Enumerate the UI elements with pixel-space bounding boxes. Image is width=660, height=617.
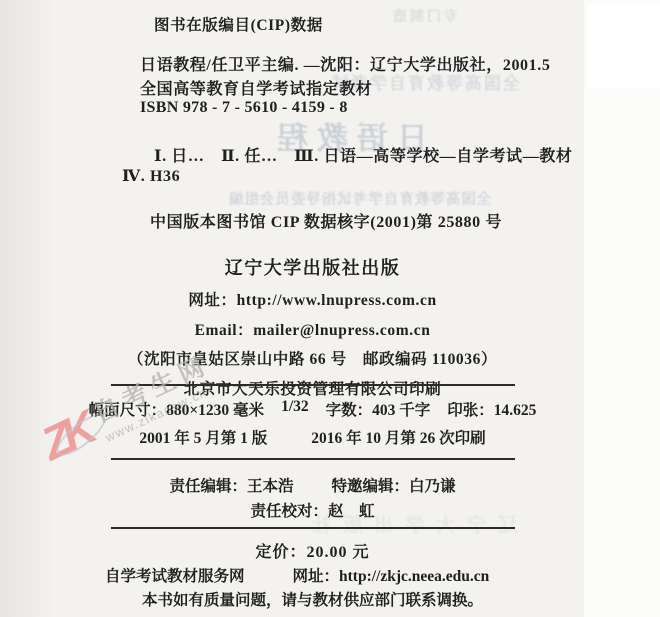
word-count: 字数：403 千字 xyxy=(326,398,431,420)
responsible-editor: 责任编辑：王本浩 xyxy=(169,474,293,496)
cip-title-line: 日语教程/任卫平主编. —沈阳：辽宁大学出版社，2001.5 xyxy=(140,52,550,75)
publisher-name: 辽宁大学出版社出版 xyxy=(110,254,515,280)
impression-info: 2016 年 10 月第 26 次印刷 xyxy=(311,426,485,448)
publisher-website: 网址：http://www.lnupress.com.cn xyxy=(110,288,515,310)
page-edge-band xyxy=(584,0,660,617)
cip-header: 图书在版编目(CIP)数据 xyxy=(154,13,323,35)
background-white-patch xyxy=(587,5,660,88)
service-site-url: 网址：http://zkjc.neea.edu.cn xyxy=(293,564,490,586)
quality-notice-text: 本书如有质量问题，请与教材供应部门联系调换。 xyxy=(142,588,483,610)
divider-line xyxy=(111,458,515,460)
sheet-count: 印张：14.625 xyxy=(447,398,536,420)
publisher-email: Email：mailer@lnupress.com.cn xyxy=(110,318,515,340)
cip-record-number: 中国版本图书馆 CIP 数据核字(2001)第 25880 号 xyxy=(150,209,502,232)
proofreader-row: 责任校对：赵 虹 xyxy=(90,499,535,521)
cip-classification-code: Ⅳ. H36 xyxy=(122,166,180,186)
price-row: 定价：20.00 元 xyxy=(90,539,535,562)
edition-info: 2001 年 5 月第 1 版 xyxy=(139,426,267,448)
bleedthrough-text: 全国高等教育自学考试指导委员会组编 xyxy=(228,188,492,209)
guest-editor: 特邀编辑：白乃谦 xyxy=(332,474,456,496)
isbn-line: ISBN 978 - 7 - 5610 - 4159 - 8 xyxy=(140,99,348,117)
service-row: 自学考试教材服务网 网址：http://zkjc.neea.edu.cn xyxy=(105,564,535,586)
sheet-fraction: 1/32 xyxy=(281,398,309,420)
service-site-name: 自学考试教材服务网 xyxy=(105,564,245,586)
cip-series-line: 全国高等教育自学考试指定教材 xyxy=(140,76,372,99)
quality-notice: 本书如有质量问题，请与教材供应部门联系调换。 xyxy=(90,588,535,610)
edition-row: 2001 年 5 月第 1 版 2016 年 10 月第 26 次印刷 xyxy=(90,426,535,448)
price: 定价：20.00 元 xyxy=(255,539,369,562)
cip-classification-line: Ⅰ. 日… Ⅱ. 任… Ⅲ. 日语—高等学校—自学考试—教材 xyxy=(154,143,572,166)
book-copyright-page-photo: 专门制造 全国高等教育自学考试 日语教程 全国高等教育自学考试指导委员会组编 辽… xyxy=(0,0,660,617)
bleedthrough-text: 专门制造 xyxy=(390,6,458,26)
divider-line xyxy=(111,527,515,529)
proofreader: 责任校对：赵 虹 xyxy=(250,499,374,521)
editors-row: 责任编辑：王本浩 特邀编辑：白乃谦 xyxy=(90,474,535,496)
